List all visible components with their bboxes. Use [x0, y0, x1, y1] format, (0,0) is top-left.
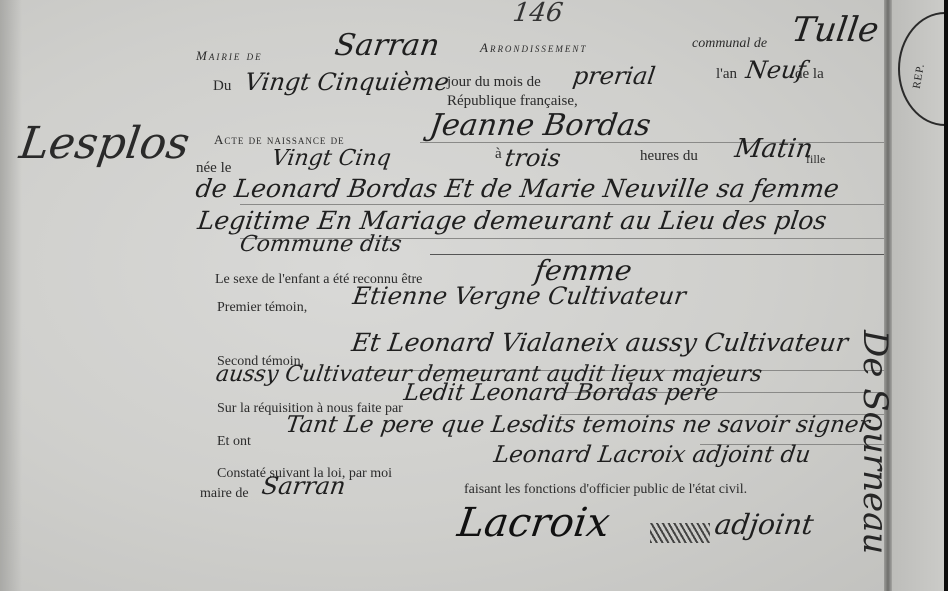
communal-label: communal de [692, 36, 767, 52]
et-ont-value: Tant Le pere que Lesdits temoins ne savo… [284, 412, 871, 438]
month-value: prerial [571, 62, 657, 90]
second-temoin-value: Et Leonard Vialaneix aussy Cultivateur [350, 328, 850, 357]
register-page: 146 Lesplos Mairie de Sarran Arrondissem… [0, 0, 890, 591]
birth-day-value: Vingt Cinq [270, 146, 392, 171]
constate-value: Leonard Lacroix adjoint du [492, 442, 812, 468]
et-ont-label: Et ont [217, 434, 251, 450]
a-label: à [495, 146, 502, 163]
commune-line: Commune dits [238, 232, 403, 257]
parents-line: de Leonard Bordas Et de Marie Neuville s… [194, 174, 841, 203]
page-number: 146 [511, 0, 565, 28]
child-name: Jeanne Bordas [428, 108, 653, 143]
premier-temoin-value: Etienne Vergne Cultivateur [351, 282, 688, 310]
time-of-day: Matin [733, 134, 815, 164]
struck-out-text [650, 523, 710, 543]
rule [430, 254, 890, 255]
year-label: l'an [716, 66, 737, 83]
rule [240, 204, 890, 205]
maire-value: Sarran [260, 472, 347, 500]
image-edge [944, 0, 948, 591]
arrondissement-label: Arrondissement [480, 40, 587, 56]
fille-label: fille [806, 152, 825, 167]
day-value: Vingt Cinquième [243, 68, 451, 96]
premier-temoin-label: Premier témoin, [217, 300, 307, 316]
maire-label: maire de [200, 486, 249, 502]
communal-value: Tulle [789, 10, 881, 50]
heures-label: heures du [640, 148, 698, 165]
officier-label: faisant les fonctions d'officier public … [464, 482, 747, 498]
signature-name: Lacroix [455, 500, 613, 546]
hour-value: trois [503, 144, 562, 172]
requisition-value: Ledit Leonard Bordas pere [402, 380, 720, 406]
legitimacy-line: Legitime En Mariage demeurant au Lieu de… [196, 206, 829, 235]
de-la-label: de la [795, 66, 824, 83]
month-label: jour du mois de [447, 74, 541, 91]
mairie-label: Mairie de [196, 48, 263, 64]
signature-title: adjoint [713, 508, 816, 541]
margin-name: Lesplos [16, 118, 192, 169]
facing-page-margin-name: De Sourneau [855, 330, 895, 554]
mairie-value: Sarran [333, 28, 442, 63]
rule [420, 142, 890, 143]
du-label: Du [213, 78, 231, 95]
